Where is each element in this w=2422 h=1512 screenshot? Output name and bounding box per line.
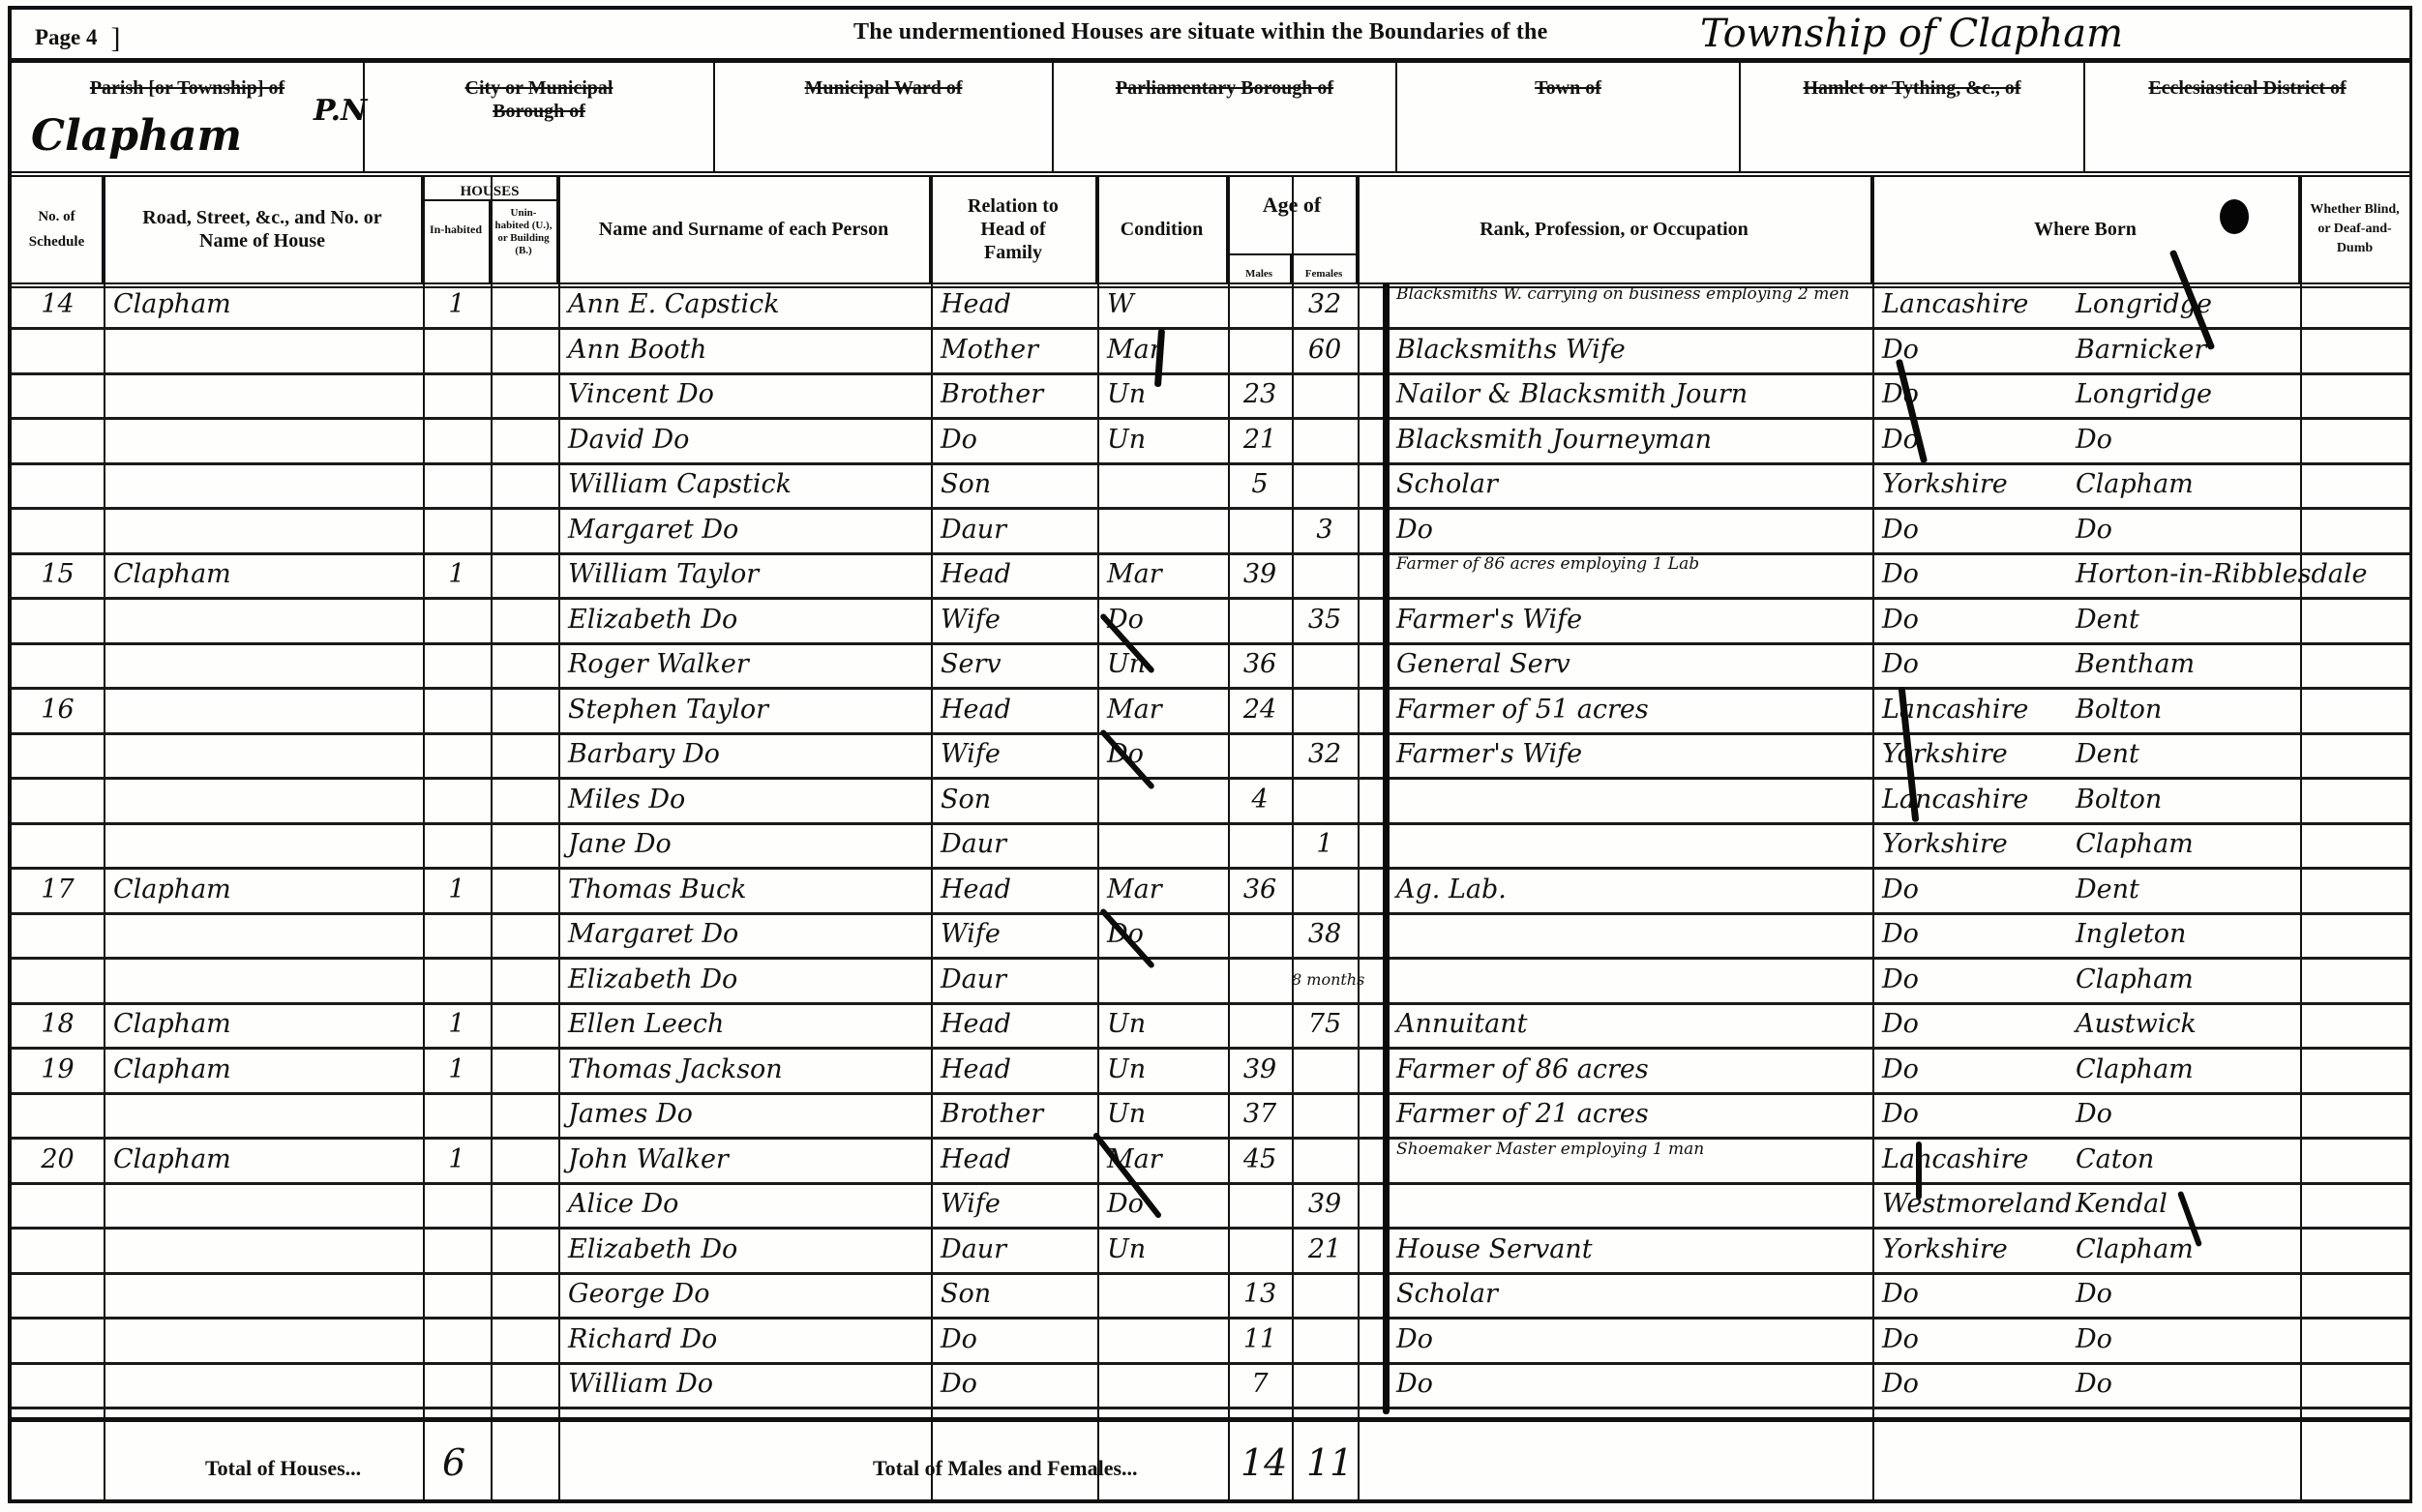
- inhabited-count: [423, 642, 491, 687]
- marital-condition: [1097, 1272, 1228, 1317]
- relation-to-head: Head: [931, 1048, 1097, 1092]
- female-age: 39: [1292, 1182, 1358, 1227]
- person-name: Miles Do: [558, 778, 931, 822]
- marital-condition: Mar: [1097, 688, 1228, 732]
- birth-place: Longridge: [2066, 372, 2300, 417]
- table-row: 14Clapham1Ann E. CapstickHeadW32Blacksmi…: [12, 282, 2409, 330]
- person-name: Stephen Taylor: [558, 688, 931, 732]
- occupation: Scholar: [1358, 462, 1872, 507]
- census-page: Page 4] The undermentioned Houses are si…: [8, 6, 2412, 1503]
- birth-county: Do: [1872, 912, 2066, 957]
- birth-place: Do: [2066, 1318, 2300, 1362]
- col-name: Name and Surname of each Person: [558, 176, 931, 282]
- table-row: Ann BoothMotherMar60Blacksmiths WifeDoBa…: [12, 328, 2409, 375]
- relation-to-head: Do: [931, 418, 1097, 462]
- person-name: Elizabeth Do: [558, 958, 931, 1002]
- schedule-number: [12, 418, 104, 462]
- schedule-number: [12, 598, 104, 642]
- road-name: [104, 508, 423, 552]
- occupation: General Serv: [1358, 642, 1872, 687]
- occupation: Annuitant: [1358, 1002, 1872, 1047]
- marital-condition: Un: [1097, 642, 1228, 687]
- boundary-hamlet: Hamlet or Tything, &c., of: [1741, 63, 2085, 171]
- female-age: [1292, 1048, 1358, 1092]
- table-row: Miles DoSon4LancashireBolton: [12, 778, 2409, 825]
- schedule-number: 14: [12, 282, 104, 327]
- road-name: [104, 328, 423, 372]
- road-name: Clapham: [104, 1138, 423, 1182]
- birth-place: Dent: [2066, 598, 2300, 642]
- schedule-number: [12, 1182, 104, 1227]
- relation-to-head: Head: [931, 868, 1097, 912]
- table-row: Alice DoWifeDo39WestmorelandKendal: [12, 1182, 2409, 1230]
- inhabited-count: [423, 418, 491, 462]
- table-row: Elizabeth DoWifeDo35Farmer's WifeDoDent: [12, 598, 2409, 645]
- birth-place: Do: [2066, 1272, 2300, 1317]
- male-age: [1228, 282, 1292, 327]
- road-name: Clapham: [104, 1048, 423, 1092]
- marital-condition: Un: [1097, 1048, 1228, 1092]
- schedule-number: 15: [12, 552, 104, 597]
- col-relation: Relation to Head of Family: [931, 176, 1097, 282]
- road-name: [104, 1092, 423, 1137]
- road-name: [104, 462, 423, 507]
- relation-to-head: Daur: [931, 958, 1097, 1002]
- relation-to-head: Wife: [931, 732, 1097, 777]
- female-age: [1292, 418, 1358, 462]
- birth-county: Do: [1872, 1318, 2066, 1362]
- road-name: [104, 642, 423, 687]
- schedule-number: [12, 1092, 104, 1137]
- schedule-number: [12, 1228, 104, 1272]
- inhabited-count: [423, 328, 491, 372]
- person-name: John Walker: [558, 1138, 931, 1182]
- occupation: House Servant: [1358, 1228, 1872, 1272]
- birth-county: Do: [1872, 508, 2066, 552]
- relation-to-head: Son: [931, 778, 1097, 822]
- person-name: William Do: [558, 1362, 931, 1407]
- female-age: 60: [1292, 328, 1358, 372]
- tally-stroke: [1383, 282, 1390, 1414]
- schedule-number: [12, 508, 104, 552]
- relation-to-head: Head: [931, 688, 1097, 732]
- inhabited-count: 1: [423, 868, 491, 912]
- birth-county: Lancashire: [1872, 282, 2066, 327]
- male-age: [1228, 1228, 1292, 1272]
- table-row: 20Clapham1John WalkerHeadMar45Shoemaker …: [12, 1138, 2409, 1185]
- road-name: [104, 1318, 423, 1362]
- male-age: 21: [1228, 418, 1292, 462]
- occupation: Do: [1358, 508, 1872, 552]
- col-schedule: No. of Schedule: [12, 176, 104, 282]
- male-age: [1228, 508, 1292, 552]
- female-age: [1292, 1092, 1358, 1137]
- birth-county: Westmoreland: [1872, 1182, 2066, 1227]
- inhabited-count: [423, 1228, 491, 1272]
- occupation: Blacksmiths Wife: [1358, 328, 1872, 372]
- page-bracket: ]: [111, 22, 121, 54]
- birth-place: Caton: [2066, 1138, 2300, 1182]
- col-males: Males: [1228, 253, 1292, 282]
- marital-condition: Un: [1097, 1092, 1228, 1137]
- male-age: [1228, 822, 1292, 867]
- marital-condition: [1097, 822, 1228, 867]
- table-row: William CapstickSon5ScholarYorkshireClap…: [12, 462, 2409, 510]
- schedule-number: [12, 372, 104, 417]
- person-name: Margaret Do: [558, 912, 931, 957]
- table-row: David DoDoUn21Blacksmith JourneymanDoDo: [12, 418, 2409, 465]
- female-age: [1292, 372, 1358, 417]
- table-row: 17Clapham1Thomas BuckHeadMar36Ag. Lab.Do…: [12, 868, 2409, 915]
- female-age: [1292, 1318, 1358, 1362]
- schedule-number: 17: [12, 868, 104, 912]
- inhabited-count: 1: [423, 1002, 491, 1047]
- occupation: Farmer of 51 acres: [1358, 688, 1872, 732]
- inhabited-count: [423, 1092, 491, 1137]
- inhabited-count: [423, 1272, 491, 1317]
- birth-place: Clapham: [2066, 822, 2300, 867]
- schedule-number: [12, 1362, 104, 1407]
- inhabited-count: [423, 778, 491, 822]
- boundary-value: Clapham: [31, 111, 242, 161]
- boundary-label: Parliamentary Borough of: [1054, 63, 1395, 100]
- inhabited-count: [423, 822, 491, 867]
- occupation: Blacksmiths W. carrying on business empl…: [1358, 282, 1872, 327]
- person-name: Roger Walker: [558, 642, 931, 687]
- occupation: [1358, 822, 1872, 867]
- road-name: [104, 1182, 423, 1227]
- relation-to-head: Wife: [931, 598, 1097, 642]
- birth-county: Lancashire: [1872, 1138, 2066, 1182]
- birth-place: Bolton: [2066, 778, 2300, 822]
- schedule-number: [12, 642, 104, 687]
- table-row: Barbary DoWifeDo32Farmer's WifeYorkshire…: [12, 732, 2409, 780]
- male-age: [1228, 912, 1292, 957]
- male-age: 11: [1228, 1318, 1292, 1362]
- boundary-parish: Parish [or Township] of Clapham P.N: [12, 63, 365, 171]
- boundary-label: Hamlet or Tything, &c., of: [1741, 63, 2083, 100]
- female-age: 75: [1292, 1002, 1358, 1047]
- marital-condition: Un: [1097, 1002, 1228, 1047]
- occupation: [1358, 778, 1872, 822]
- birth-place: Clapham: [2066, 1048, 2300, 1092]
- marital-condition: Do: [1097, 912, 1228, 957]
- table-row: Margaret DoDaur3DoDoDo: [12, 508, 2409, 555]
- inhabited-count: [423, 958, 491, 1002]
- relation-to-head: Do: [931, 1318, 1097, 1362]
- birth-place: Dent: [2066, 732, 2300, 777]
- birth-county: Do: [1872, 1002, 2066, 1047]
- person-name: Thomas Jackson: [558, 1048, 931, 1092]
- inhabited-count: [423, 688, 491, 732]
- birth-place: Do: [2066, 1092, 2300, 1137]
- birth-place: Dent: [2066, 868, 2300, 912]
- page-number: Page 4: [35, 25, 98, 49]
- road-name: Clapham: [104, 282, 423, 327]
- marital-condition: Mar: [1097, 552, 1228, 597]
- female-age: [1292, 688, 1358, 732]
- houses-heading: HOUSES: [423, 180, 556, 201]
- inhabited-count: [423, 508, 491, 552]
- relation-to-head: Do: [931, 1362, 1097, 1407]
- title-bar: Page 4] The undermentioned Houses are si…: [12, 10, 2409, 63]
- col-condition: Condition: [1097, 176, 1228, 282]
- male-age: 36: [1228, 868, 1292, 912]
- person-name: George Do: [558, 1272, 931, 1317]
- relation-to-head: Daur: [931, 508, 1097, 552]
- schedule-number: [12, 462, 104, 507]
- page-title: The undermentioned Houses are situate wi…: [853, 19, 1547, 45]
- marital-condition: Do: [1097, 732, 1228, 777]
- table-row: Jane DoDaur1YorkshireClapham: [12, 822, 2409, 870]
- road-name: [104, 958, 423, 1002]
- relation-to-head: Wife: [931, 912, 1097, 957]
- birth-county: Do: [1872, 642, 2066, 687]
- occupation: Nailor & Blacksmith Journ: [1358, 372, 1872, 417]
- relation-to-head: Son: [931, 1272, 1097, 1317]
- person-name: James Do: [558, 1092, 931, 1137]
- column-header: No. of Schedule Road, Street, &c., and N…: [12, 176, 2409, 288]
- male-age: 24: [1228, 688, 1292, 732]
- relation-to-head: Head: [931, 1138, 1097, 1182]
- person-name: Ellen Leech: [558, 1002, 931, 1047]
- person-name: Alice Do: [558, 1182, 931, 1227]
- marital-condition: W: [1097, 282, 1228, 327]
- birth-place: Do: [2066, 508, 2300, 552]
- birth-county: Do: [1872, 1272, 2066, 1317]
- schedule-number: [12, 958, 104, 1002]
- person-name: Elizabeth Do: [558, 598, 931, 642]
- male-age: 36: [1228, 642, 1292, 687]
- female-age: 38: [1292, 912, 1358, 957]
- person-name: Elizabeth Do: [558, 1228, 931, 1272]
- marital-condition: [1097, 778, 1228, 822]
- birth-county: Lancashire: [1872, 778, 2066, 822]
- male-age: 45: [1228, 1138, 1292, 1182]
- table-row: James DoBrotherUn37Farmer of 21 acresDoD…: [12, 1092, 2409, 1140]
- inhabited-count: [423, 1318, 491, 1362]
- tally-stroke: [1916, 1141, 1922, 1200]
- birth-county: Yorkshire: [1872, 732, 2066, 777]
- schedule-number: 16: [12, 688, 104, 732]
- person-name: Vincent Do: [558, 372, 931, 417]
- birth-place: Bolton: [2066, 688, 2300, 732]
- marital-condition: Do: [1097, 1182, 1228, 1227]
- birth-place: Horton-in-Ribblesdale: [2066, 552, 2300, 597]
- inhabited-count: 1: [423, 282, 491, 327]
- occupation: Blacksmith Journeyman: [1358, 418, 1872, 462]
- occupation: [1358, 1182, 1872, 1227]
- relation-to-head: Head: [931, 552, 1097, 597]
- male-age: 39: [1228, 1048, 1292, 1092]
- inhabited-count: 1: [423, 1048, 491, 1092]
- marital-condition: [1097, 1318, 1228, 1362]
- road-name: [104, 418, 423, 462]
- inhabited-count: [423, 462, 491, 507]
- table-row: 15Clapham1William TaylorHeadMar39Farmer …: [12, 552, 2409, 600]
- table-row: Vincent DoBrotherUn23Nailor & Blacksmith…: [12, 372, 2409, 420]
- table-row: Margaret DoWifeDo38DoIngleton: [12, 912, 2409, 960]
- birth-place: Ingleton: [2066, 912, 2300, 957]
- inhabited-count: 1: [423, 552, 491, 597]
- road-name: [104, 732, 423, 777]
- female-age: [1292, 1362, 1358, 1407]
- boundary-label: Town of: [1397, 63, 1739, 100]
- relation-to-head: Wife: [931, 1182, 1097, 1227]
- total-houses-value: 6: [442, 1441, 465, 1484]
- road-name: [104, 1362, 423, 1407]
- occupation: Do: [1358, 1318, 1872, 1362]
- occupation: Farmer's Wife: [1358, 732, 1872, 777]
- total-females-value: 11: [1306, 1441, 1353, 1484]
- occupation: Farmer of 21 acres: [1358, 1092, 1872, 1137]
- person-name: Thomas Buck: [558, 868, 931, 912]
- marital-condition: [1097, 462, 1228, 507]
- schedule-number: [12, 822, 104, 867]
- relation-to-head: Mother: [931, 328, 1097, 372]
- birth-county: Do: [1872, 1048, 2066, 1092]
- birth-county: Do: [1872, 958, 2066, 1002]
- schedule-number: 18: [12, 1002, 104, 1047]
- occupation: Do: [1358, 1362, 1872, 1407]
- female-age: [1292, 778, 1358, 822]
- male-age: 7: [1228, 1362, 1292, 1407]
- road-name: [104, 372, 423, 417]
- person-name: William Capstick: [558, 462, 931, 507]
- col-inhabited: In-habited: [423, 201, 491, 282]
- person-name: Ann Booth: [558, 328, 931, 372]
- schedule-number: [12, 912, 104, 957]
- female-age: 32: [1292, 732, 1358, 777]
- boundary-suffix: P.N: [314, 94, 367, 128]
- relation-to-head: Son: [931, 462, 1097, 507]
- relation-to-head: Daur: [931, 822, 1097, 867]
- table-row: George DoSon13ScholarDoDo: [12, 1272, 2409, 1319]
- female-age: [1292, 1272, 1358, 1317]
- relation-to-head: Head: [931, 282, 1097, 327]
- male-age: [1228, 598, 1292, 642]
- boundary-label: Parish [or Township] of: [12, 63, 363, 100]
- totals-row: Total of Houses... 6 Total of Males and …: [12, 1417, 2409, 1512]
- col-uninhabited: Unin-habited (U.), or Building (B.): [491, 201, 556, 282]
- occupation: [1358, 958, 1872, 1002]
- marital-condition: [1097, 958, 1228, 1002]
- col-road: Road, Street, &c., and No. or Name of Ho…: [104, 176, 423, 282]
- female-age: 8 months: [1292, 958, 1358, 1002]
- inhabited-count: [423, 732, 491, 777]
- female-age: [1292, 1138, 1358, 1182]
- marital-condition: [1097, 1362, 1228, 1407]
- male-age: 5: [1228, 462, 1292, 507]
- person-name: David Do: [558, 418, 931, 462]
- inhabited-count: 1: [423, 1138, 491, 1182]
- male-age: [1228, 1002, 1292, 1047]
- total-houses-label: Total of Houses...: [205, 1456, 361, 1481]
- total-persons-label: Total of Males and Females...: [873, 1456, 1138, 1481]
- birth-place: Barnicker: [2066, 328, 2300, 372]
- female-age: [1292, 462, 1358, 507]
- female-age: 1: [1292, 822, 1358, 867]
- female-age: [1292, 868, 1358, 912]
- birth-county: Do: [1872, 598, 2066, 642]
- birth-place: Do: [2066, 418, 2300, 462]
- table-row: 19Clapham1Thomas JacksonHeadUn39Farmer o…: [12, 1048, 2409, 1095]
- male-age: [1228, 732, 1292, 777]
- male-age: [1228, 1182, 1292, 1227]
- road-name: [104, 912, 423, 957]
- relation-to-head: Head: [931, 1002, 1097, 1047]
- marital-condition: Mar: [1097, 868, 1228, 912]
- occupation: Farmer of 86 acres employing 1 Lab: [1358, 552, 1872, 597]
- birth-county: Do: [1872, 552, 2066, 597]
- birth-place: Longridge: [2066, 282, 2300, 327]
- table-row: 16Stephen TaylorHeadMar24Farmer of 51 ac…: [12, 688, 2409, 735]
- birth-county: Do: [1872, 868, 2066, 912]
- boundary-parliamentary-borough: Parliamentary Borough of: [1054, 63, 1397, 171]
- schedule-number: [12, 1318, 104, 1362]
- col-occupation: Rank, Profession, or Occupation: [1358, 176, 1872, 282]
- schedule-number: [12, 1272, 104, 1317]
- person-name: Richard Do: [558, 1318, 931, 1362]
- boundary-ecclesiastical-district: Ecclesiastical District of: [2085, 63, 2409, 171]
- female-age: [1292, 552, 1358, 597]
- relation-to-head: Serv: [931, 642, 1097, 687]
- female-age: 21: [1292, 1228, 1358, 1272]
- marital-condition: [1097, 508, 1228, 552]
- table-row: Elizabeth DoDaurUn21House ServantYorkshi…: [12, 1228, 2409, 1275]
- birth-county: Yorkshire: [1872, 462, 2066, 507]
- occupation: [1358, 912, 1872, 957]
- schedule-number: 20: [12, 1138, 104, 1182]
- relation-to-head: Brother: [931, 1092, 1097, 1137]
- birth-place: Austwick: [2066, 1002, 2300, 1047]
- schedule-number: [12, 778, 104, 822]
- table-row: 18Clapham1Ellen LeechHeadUn75AnnuitantDo…: [12, 1002, 2409, 1050]
- birth-county: Do: [1872, 1092, 2066, 1137]
- schedule-number: [12, 732, 104, 777]
- table-row: Richard DoDo11DoDoDo: [12, 1318, 2409, 1365]
- birth-place: Clapham: [2066, 462, 2300, 507]
- boundary-label: City or Municipal Borough of: [452, 63, 626, 123]
- birth-place: Clapham: [2066, 958, 2300, 1002]
- male-age: [1228, 958, 1292, 1002]
- ink-blot: [2220, 199, 2249, 234]
- schedule-number: 19: [12, 1048, 104, 1092]
- male-age: 39: [1228, 552, 1292, 597]
- relation-to-head: Daur: [931, 1228, 1097, 1272]
- birth-county: Yorkshire: [1872, 1228, 2066, 1272]
- male-age: [1228, 328, 1292, 372]
- occupation: Farmer's Wife: [1358, 598, 1872, 642]
- female-age: 32: [1292, 282, 1358, 327]
- birth-county: Yorkshire: [1872, 822, 2066, 867]
- col-infirmity: Whether Blind, or Deaf-and-Dumb: [2300, 176, 2409, 282]
- marital-condition: Un: [1097, 1228, 1228, 1272]
- person-name: Ann E. Capstick: [558, 282, 931, 327]
- person-name: William Taylor: [558, 552, 931, 597]
- road-name: [104, 598, 423, 642]
- boundary-label: Municipal Ward of: [715, 63, 1052, 100]
- road-name: [104, 778, 423, 822]
- birth-place: Clapham: [2066, 1228, 2300, 1272]
- person-name: Jane Do: [558, 822, 931, 867]
- inhabited-count: [423, 1362, 491, 1407]
- road-name: [104, 822, 423, 867]
- road-name: Clapham: [104, 1002, 423, 1047]
- relation-to-head: Brother: [931, 372, 1097, 417]
- female-age: 35: [1292, 598, 1358, 642]
- person-name: Barbary Do: [558, 732, 931, 777]
